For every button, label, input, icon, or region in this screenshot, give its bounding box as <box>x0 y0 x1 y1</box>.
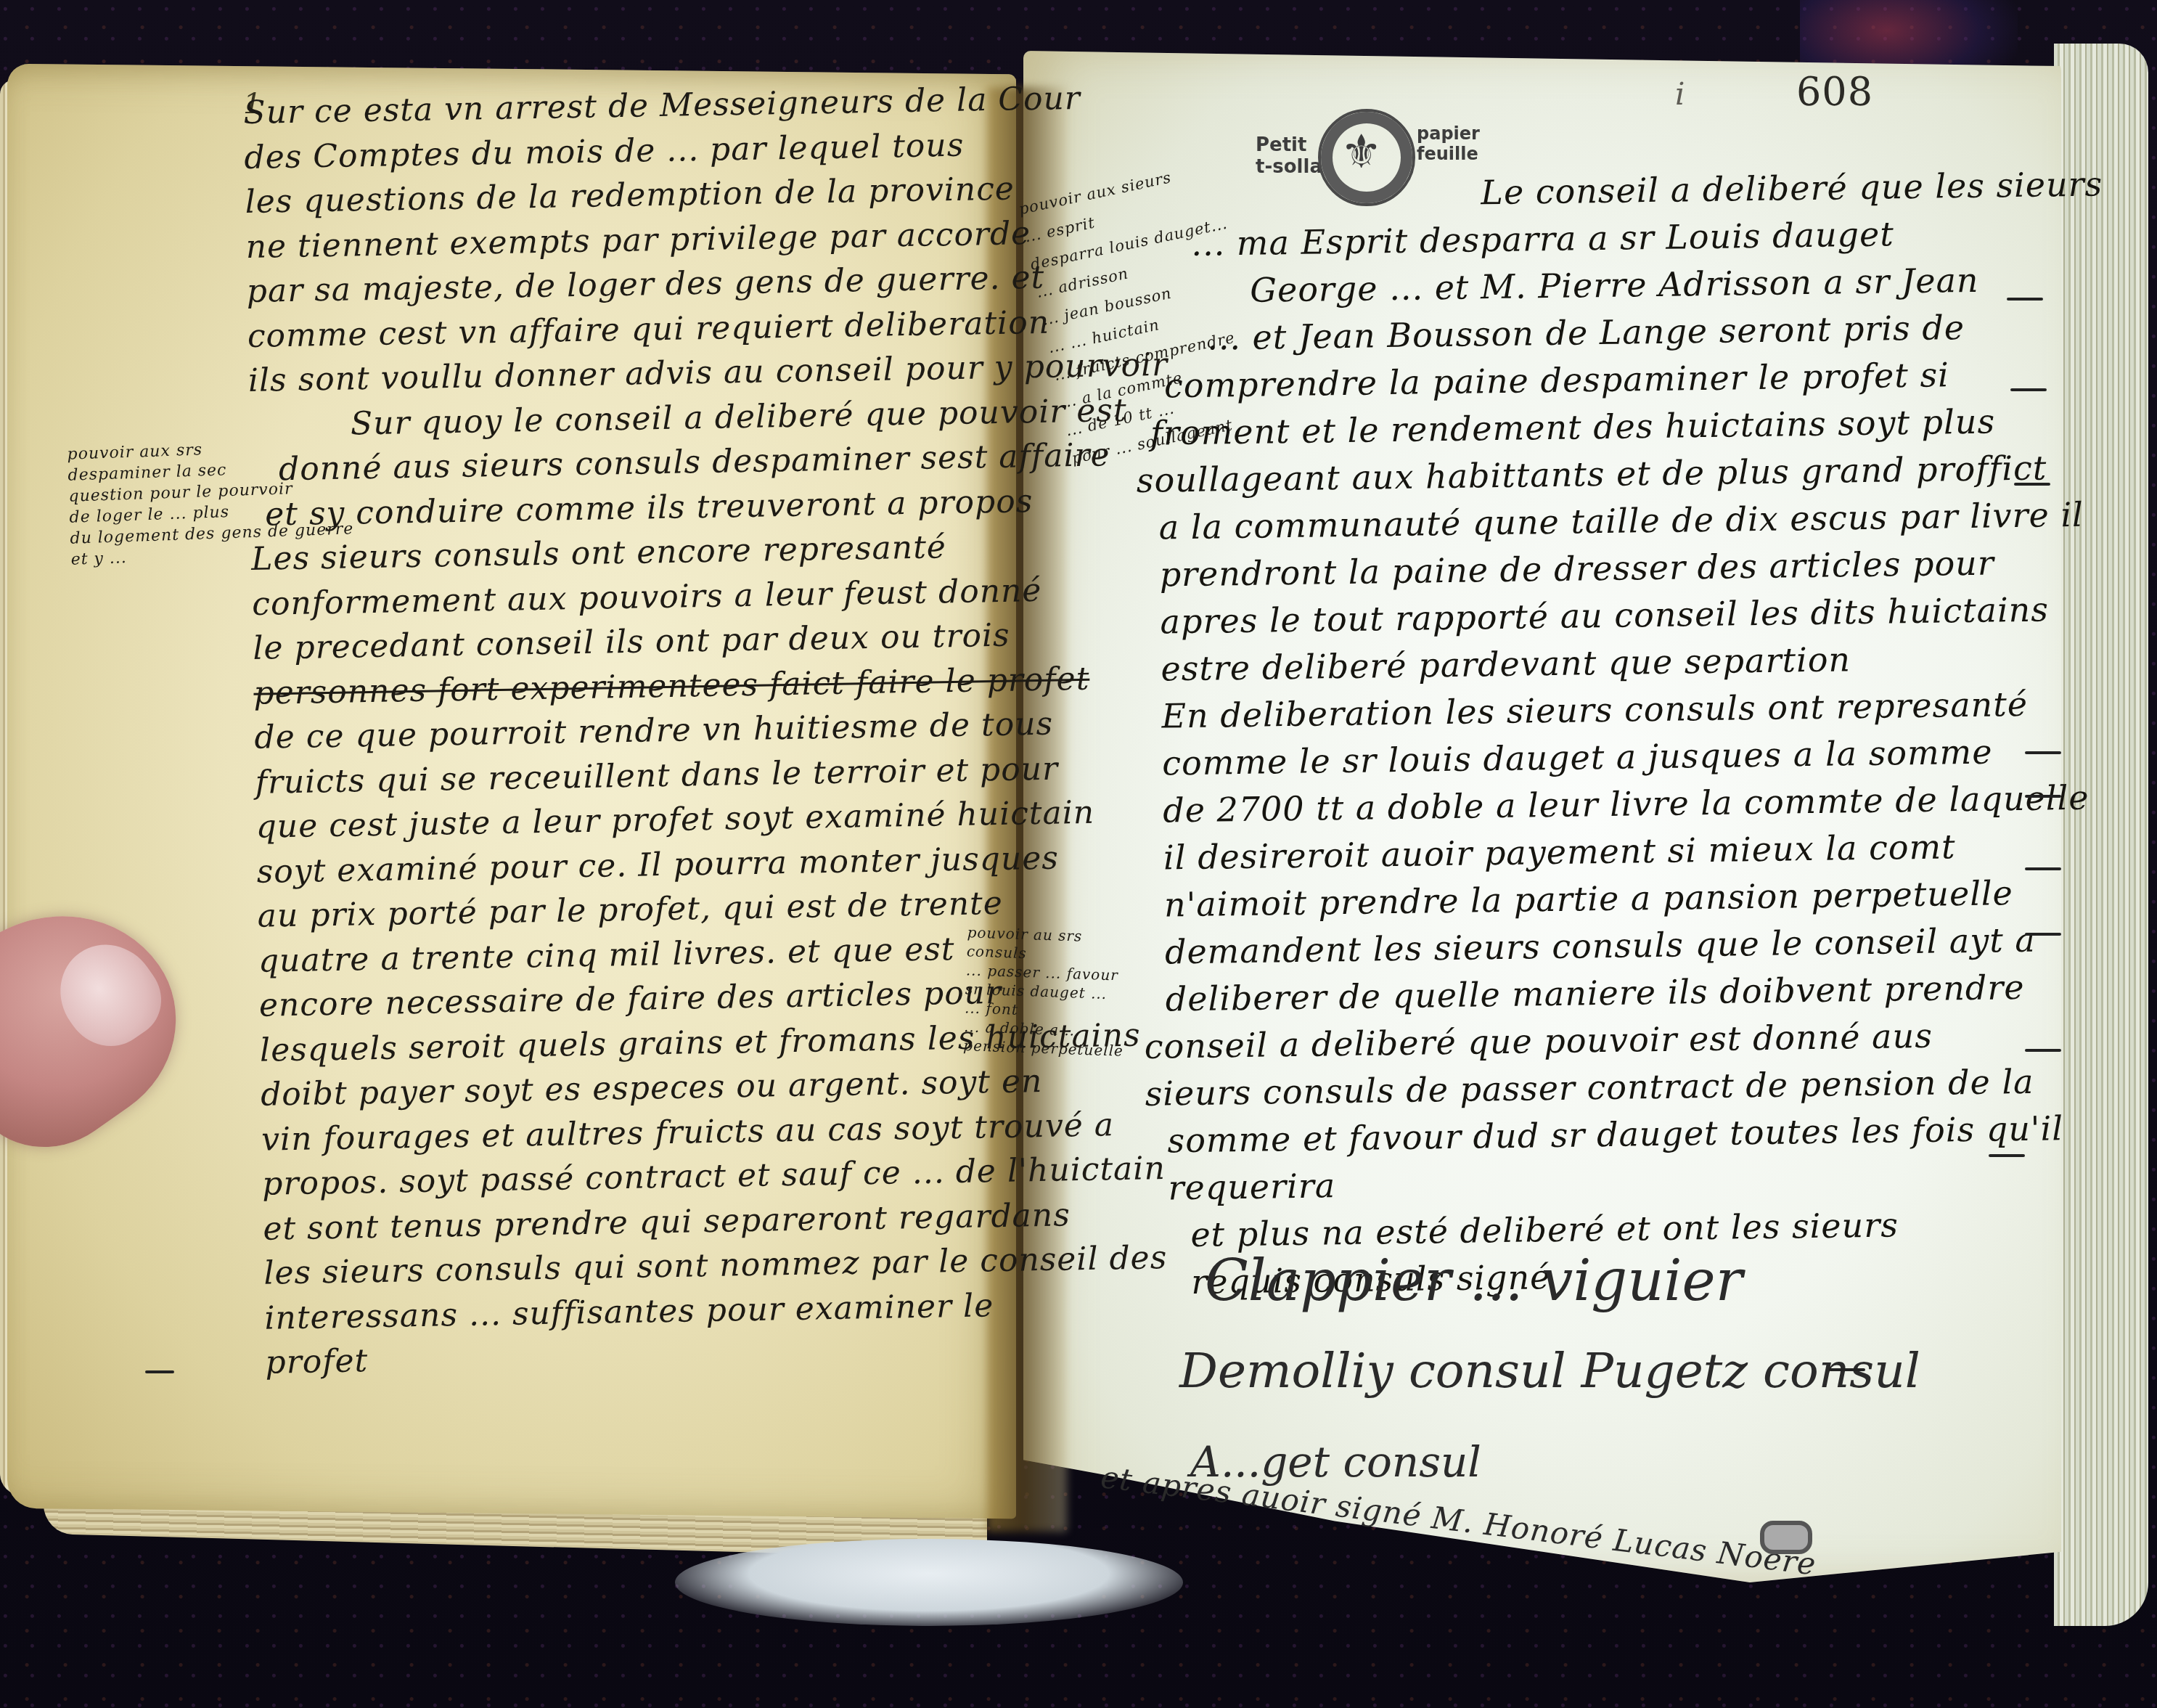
folio-prefix-mark: i <box>1675 76 1685 112</box>
paragraph-end-dash <box>145 1370 174 1373</box>
open-book: 1 Sur ce esta vn arrest de Messeigneurs … <box>0 0 2157 1708</box>
line-end-dash <box>2010 388 2047 391</box>
line-end-dash <box>2025 867 2061 870</box>
line-end-dash <box>2007 298 2043 301</box>
clasp-ring <box>1760 1521 1812 1554</box>
line-end-dash <box>2025 933 2061 936</box>
folio-number: 608 <box>1796 69 1873 115</box>
line-end-dash <box>2014 483 2050 486</box>
cloth-under-book <box>675 1539 1183 1626</box>
line-end-dash <box>2025 795 2061 798</box>
gutter-margin-note: pouvoir au srs consuls ... passer ... fa… <box>963 923 1128 1061</box>
signature-clappier: Clappier ... viguier <box>1205 1249 1743 1314</box>
left-margin-note: pouvoir aux srs despaminer la sec questi… <box>67 434 355 571</box>
line-end-dash <box>2025 1049 2061 1052</box>
stamp-right-text: papier feuille <box>1417 123 1480 164</box>
line-end-dash <box>1989 1154 2025 1157</box>
right-page-text: Le conseil a deliberé que les sieurs ...… <box>1132 160 2118 1307</box>
line-end-dash <box>2025 751 2061 754</box>
signature-consuls: Demolliy consul Pugetz consul <box>1179 1343 1920 1399</box>
line-end-dash <box>1829 1368 1865 1371</box>
